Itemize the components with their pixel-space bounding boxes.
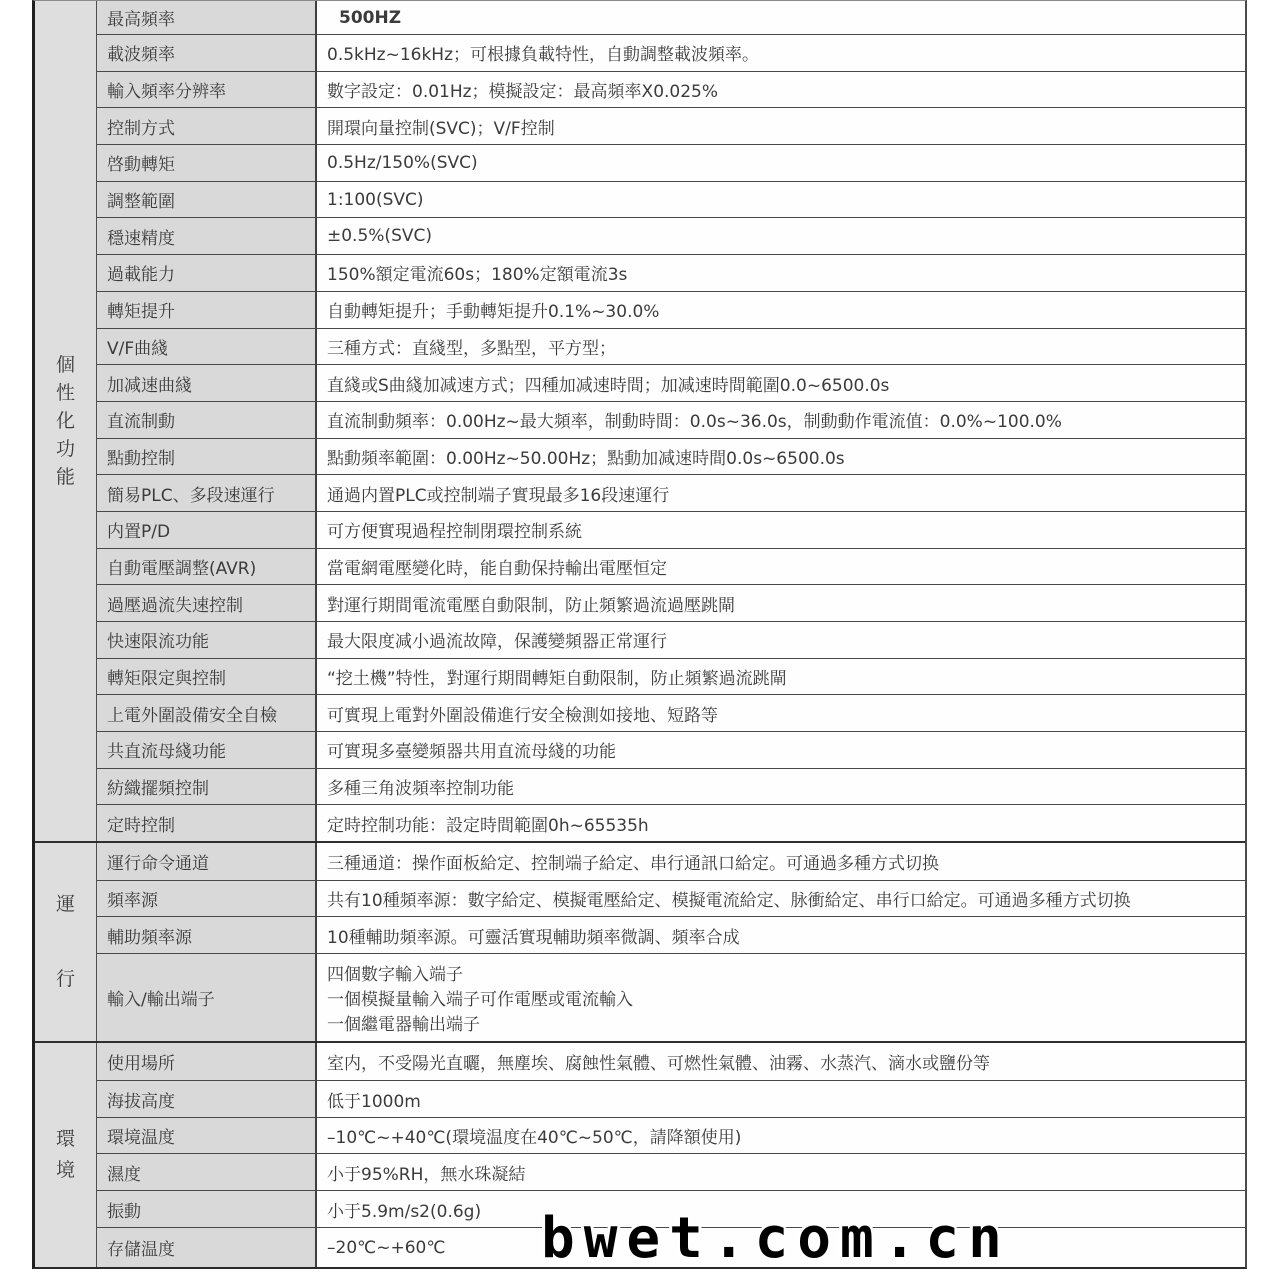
spec-name-cell: 使用場所: [97, 1043, 317, 1080]
table-row: 過載能力 150%額定電流60s；180%定額電流3s: [97, 254, 1245, 291]
spec-value-cell: ±0.5%(SVC): [317, 218, 1245, 254]
table-row: 内置P/D 可方便實現過程控制閉環控制系統: [97, 511, 1245, 548]
spec-value-cell: 1:100(SVC): [317, 182, 1245, 218]
table-row: 濕度 小于95%RH，無水珠凝結: [97, 1153, 1245, 1190]
table-row: 海拔高度 低于1000m: [97, 1080, 1245, 1117]
spec-name-cell: 點動控制: [97, 439, 317, 475]
category-cell: 個性化功能: [35, 1, 97, 841]
spec-value-cell: 直流制動頻率：0.00Hz~最大頻率，制動時間：0.0s~36.0s，制動動作電…: [317, 402, 1245, 438]
category-cell: 環境: [35, 1043, 97, 1267]
spec-value-cell: 點動頻率範圍：0.00Hz~50.00Hz；點動加减速時間0.0s~6500.0…: [317, 439, 1245, 475]
table-row: 輸入/輸出端子 四個數字輸入端子 一個模擬量輸入端子可作電壓或電流輸入 一個繼電…: [97, 953, 1245, 1041]
category-label: 運行: [55, 867, 77, 1017]
table-row: 定時控制 定時控制功能：設定時間範圍0h~65535h: [97, 804, 1245, 841]
spec-name-cell: 内置P/D: [97, 512, 317, 548]
spec-name-cell: 簡易PLC、多段速運行: [97, 475, 317, 511]
spec-value-cell: 三種方式：直綫型，多點型，平方型；: [317, 329, 1245, 365]
spec-name-cell: 加减速曲綫: [97, 365, 317, 401]
spec-name-cell: 控制方式: [97, 108, 317, 144]
spec-table: 個性化功能 最高頻率 500HZ 載波頻率 0.5kHz~16kHz；可根據負載…: [32, 0, 1247, 1269]
table-row: 紡織擺頻控制 多種三角波頻率控制功能: [97, 768, 1245, 805]
spec-value-cell: 小于95%RH，無水珠凝結: [317, 1154, 1245, 1190]
table-row: 上電外圍設備安全自檢 可實現上電對外圍設備進行安全檢測如接地、短路等: [97, 694, 1245, 731]
spec-name-cell: 快速限流功能: [97, 622, 317, 658]
section-operation: 運行 運行命令通道 三種通道：操作面板給定、控制端子給定、串行通訊口給定。可通過…: [35, 841, 1245, 1041]
table-row: 轉矩提升 自動轉矩提升；手動轉矩提升0.1%~30.0%: [97, 291, 1245, 328]
spec-value-cell: 直綫或S曲綫加减速方式；四種加减速時間；加减速時間範圍0.0~6500.0s: [317, 365, 1245, 401]
page: 個性化功能 最高頻率 500HZ 載波頻率 0.5kHz~16kHz；可根據負載…: [0, 0, 1269, 1283]
category-label: 個性化功能: [55, 351, 77, 491]
spec-value-cell: 可方便實現過程控制閉環控制系統: [317, 512, 1245, 548]
spec-name-cell: 自動電壓調整(AVR): [97, 549, 317, 585]
spec-value-cell: 共有10種頻率源：數字給定、模擬電壓給定、模擬電流給定、脉衝給定、串行口給定。可…: [317, 881, 1245, 916]
table-row: 頻率源 共有10種頻率源：數字給定、模擬電壓給定、模擬電流給定、脉衝給定、串行口…: [97, 880, 1245, 916]
watermark: bwet.com.cn: [541, 1206, 1011, 1271]
spec-value-cell: 定時控制功能：設定時間範圍0h~65535h: [317, 805, 1245, 841]
spec-value-cell: 三種通道：操作面板給定、控制端子給定、串行通訊口給定。可通過多種方式切换: [317, 843, 1245, 880]
table-row: 載波頻率 0.5kHz~16kHz；可根據負載特性，自動調整載波頻率。: [97, 34, 1245, 71]
spec-name-cell: V/F曲綫: [97, 329, 317, 365]
spec-name-cell: 輸入/輸出端子: [97, 954, 317, 1041]
spec-name-cell: 存儲温度: [97, 1228, 317, 1267]
spec-name-cell: 啓動轉矩: [97, 145, 317, 181]
spec-value-cell: 自動轉矩提升；手動轉矩提升0.1%~30.0%: [317, 292, 1245, 328]
spec-name-cell: 輸入頻率分辨率: [97, 72, 317, 108]
spec-name-cell: 濕度: [97, 1154, 317, 1190]
spec-name-cell: 穩速精度: [97, 218, 317, 254]
spec-value-cell: 低于1000m: [317, 1081, 1245, 1117]
spec-name-cell: 環境温度: [97, 1118, 317, 1153]
spec-value-cell: 可實現上電對外圍設備進行安全檢測如接地、短路等: [317, 695, 1245, 731]
table-row: 控制方式 開環向量控制(SVC)；V/F控制: [97, 107, 1245, 144]
section-rows: 最高頻率 500HZ 載波頻率 0.5kHz~16kHz；可根據負載特性，自動調…: [97, 1, 1245, 841]
table-row: 簡易PLC、多段速運行 通過内置PLC或控制端子實現最多16段速運行: [97, 474, 1245, 511]
spec-value-cell: 150%額定電流60s；180%定額電流3s: [317, 255, 1245, 291]
spec-name-cell: 過壓過流失速控制: [97, 585, 317, 621]
section-personalized-functions: 個性化功能 最高頻率 500HZ 載波頻率 0.5kHz~16kHz；可根據負載…: [35, 1, 1245, 841]
table-row: 調整範圍 1:100(SVC): [97, 181, 1245, 218]
table-row: 自動電壓調整(AVR) 當電網電壓變化時，能自動保持輸出電壓恒定: [97, 548, 1245, 585]
spec-name-cell: 共直流母綫功能: [97, 732, 317, 768]
spec-name-cell: 轉矩提升: [97, 292, 317, 328]
spec-name-cell: 載波頻率: [97, 35, 317, 71]
table-row: 過壓過流失速控制 對運行期間電流電壓自動限制，防止頻繁過流過壓跳閘: [97, 584, 1245, 621]
table-row: V/F曲綫 三種方式：直綫型，多點型，平方型；: [97, 328, 1245, 365]
spec-value-cell: 室内，不受陽光直曬，無塵埃、腐蝕性氣體、可燃性氣體、油霧、水蒸汽、滴水或鹽份等: [317, 1043, 1245, 1080]
table-row: 加减速曲綫 直綫或S曲綫加减速方式；四種加减速時間；加减速時間範圍0.0~650…: [97, 364, 1245, 401]
table-row: 點動控制 點動頻率範圍：0.00Hz~50.00Hz；點動加减速時間0.0s~6…: [97, 438, 1245, 475]
section-rows: 運行命令通道 三種通道：操作面板給定、控制端子給定、串行通訊口給定。可通過多種方…: [97, 843, 1245, 1041]
table-row: 輸入頻率分辨率 數字設定：0.01Hz；模擬設定：最高頻率X0.025%: [97, 71, 1245, 108]
table-row: 輔助頻率源 10種輔助頻率源。可靈活實現輔助頻率微調、頻率合成: [97, 916, 1245, 953]
table-row: 最高頻率 500HZ: [97, 1, 1245, 34]
table-row: 直流制動 直流制動頻率：0.00Hz~最大頻率，制動時間：0.0s~36.0s，…: [97, 401, 1245, 438]
spec-name-cell: 紡織擺頻控制: [97, 769, 317, 805]
spec-value-cell: 0.5Hz/150%(SVC): [317, 145, 1245, 181]
spec-name-cell: 頻率源: [97, 881, 317, 916]
spec-value-cell: “挖土機”特性，對運行期間轉矩自動限制，防止頻繁過流跳閘: [317, 659, 1245, 695]
table-row: 啓動轉矩 0.5Hz/150%(SVC): [97, 144, 1245, 181]
spec-name-cell: 過載能力: [97, 255, 317, 291]
spec-value-cell: 數字設定：0.01Hz；模擬設定：最高頻率X0.025%: [317, 72, 1245, 108]
spec-value-cell: 通過内置PLC或控制端子實現最多16段速運行: [317, 475, 1245, 511]
spec-name-cell: 調整範圍: [97, 182, 317, 218]
category-cell: 運行: [35, 843, 97, 1041]
spec-name-cell: 振動: [97, 1191, 317, 1227]
spec-name-cell: 最高頻率: [97, 1, 317, 34]
table-row: 共直流母綫功能 可實現多臺變頻器共用直流母綫的功能: [97, 731, 1245, 768]
spec-value-cell: 10種輔助頻率源。可靈活實現輔助頻率微調、頻率合成: [317, 917, 1245, 953]
spec-name-cell: 輔助頻率源: [97, 917, 317, 953]
table-row: 轉矩限定與控制 “挖土機”特性，對運行期間轉矩自動限制，防止頻繁過流跳閘: [97, 658, 1245, 695]
table-row: 環境温度 –10℃~+40℃(環境温度在40℃~50℃，請降額使用): [97, 1117, 1245, 1153]
spec-value-cell: 對運行期間電流電壓自動限制，防止頻繁過流過壓跳閘: [317, 585, 1245, 621]
category-label: 環境: [55, 1124, 77, 1186]
table-row: 運行命令通道 三種通道：操作面板給定、控制端子給定、串行通訊口給定。可通過多種方…: [97, 843, 1245, 880]
table-row: 使用場所 室内，不受陽光直曬，無塵埃、腐蝕性氣體、可燃性氣體、油霧、水蒸汽、滴水…: [97, 1043, 1245, 1080]
spec-value-cell: 四個數字輸入端子 一個模擬量輸入端子可作電壓或電流輸入 一個繼電器輸出端子: [317, 954, 1245, 1041]
spec-value-cell: 開環向量控制(SVC)；V/F控制: [317, 108, 1245, 144]
table-row: 快速限流功能 最大限度减小過流故障，保護變頻器正常運行: [97, 621, 1245, 658]
spec-name-cell: 海拔高度: [97, 1081, 317, 1117]
spec-value-cell: 500HZ: [317, 1, 1245, 34]
spec-name-cell: 直流制動: [97, 402, 317, 438]
spec-name-cell: 定時控制: [97, 805, 317, 841]
spec-value-cell: 可實現多臺變頻器共用直流母綫的功能: [317, 732, 1245, 768]
spec-name-cell: 轉矩限定與控制: [97, 659, 317, 695]
spec-value-cell: 最大限度减小過流故障，保護變頻器正常運行: [317, 622, 1245, 658]
spec-value-cell: 0.5kHz~16kHz；可根據負載特性，自動調整載波頻率。: [317, 35, 1245, 71]
table-row: 穩速精度 ±0.5%(SVC): [97, 217, 1245, 254]
spec-value-cell: –10℃~+40℃(環境温度在40℃~50℃，請降額使用): [317, 1118, 1245, 1153]
spec-value-cell: 多種三角波頻率控制功能: [317, 769, 1245, 805]
spec-name-cell: 上電外圍設備安全自檢: [97, 695, 317, 731]
spec-name-cell: 運行命令通道: [97, 843, 317, 880]
spec-value-cell: 當電網電壓變化時，能自動保持輸出電壓恒定: [317, 549, 1245, 585]
